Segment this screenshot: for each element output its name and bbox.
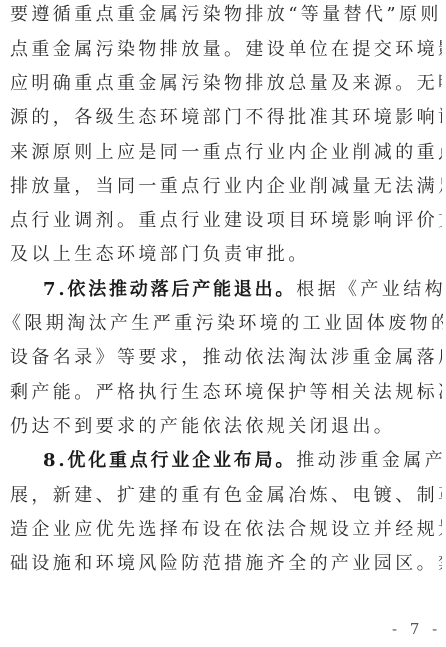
paragraph-line: 《限期淘汰产生严重污染环境的工业固体废物的落后生产工艺 xyxy=(3,313,443,335)
section-7-heading: 7.依法推动落后产能退出。 xyxy=(43,279,296,300)
paragraph-line: 源的，各级生态环境部门不得批准其环境影响评价文件。总量 xyxy=(10,107,442,129)
paragraph-line: 来源原则上应是同一重点行业内企业削减的重点重金属污染物 xyxy=(10,142,442,164)
section-8-heading: 8.优化重点行业企业布局。 xyxy=(43,450,296,471)
paragraph-line: 仍达不到要求的产能依法依规关闭退出。 xyxy=(10,416,442,438)
page-number: - 7 - xyxy=(392,620,441,638)
paragraph-line: 点行业调剂。重点行业建设项目环境影响评价文件由设区市级 xyxy=(10,210,442,232)
paragraph-line: 展，新建、扩建的重有色金属冶炼、电镀、制革、铅蓄电池制 xyxy=(10,485,442,507)
paragraph-line: 及以上生态环境部门负责审批。 xyxy=(10,244,442,266)
paragraph-line: 造企业应优先选择布设在依法合规设立并经规划环评、环境基 xyxy=(10,519,442,541)
section-8-first-line: 8.优化重点行业企业布局。推动涉重金属产业集中优化发 xyxy=(43,450,442,472)
section-7-first-line: 7.依法推动落后产能退出。根据《产业结构调整指导目录》 xyxy=(43,279,442,301)
paragraph-line: 应明确重点重金属污染物排放总量及来源。无明确具体总量来 xyxy=(10,73,442,95)
paragraph-line: 设备名录》等要求，推动依法淘汰涉重金属落后产能和化解过 xyxy=(10,347,442,369)
paragraph-line: 剩产能。严格执行生态环境保护等相关法规标准，推动经整改 xyxy=(10,382,442,404)
document-page: 要遵循重点重金属污染物排放“等量替代”原则，认真核算重 点重金属污染物排放量。建… xyxy=(0,0,446,647)
paragraph-line: 点重金属污染物排放量。建设单位在提交环境影响评价文件时 xyxy=(10,39,442,61)
section-8-text: 推动涉重金属产业集中优化发 xyxy=(296,450,442,471)
paragraph-line: 排放量，当同一重点行业内企业削减量无法满足时可从其他重 xyxy=(10,176,442,198)
paragraph-line: 要遵循重点重金属污染物排放“等量替代”原则，认真核算重 xyxy=(10,4,442,26)
paragraph-line: 础设施和环境风险防范措施齐全的产业园区。禁止低端落后产 xyxy=(10,553,442,575)
section-7-text: 根据《产业结构调整指导目录》 xyxy=(296,279,442,300)
